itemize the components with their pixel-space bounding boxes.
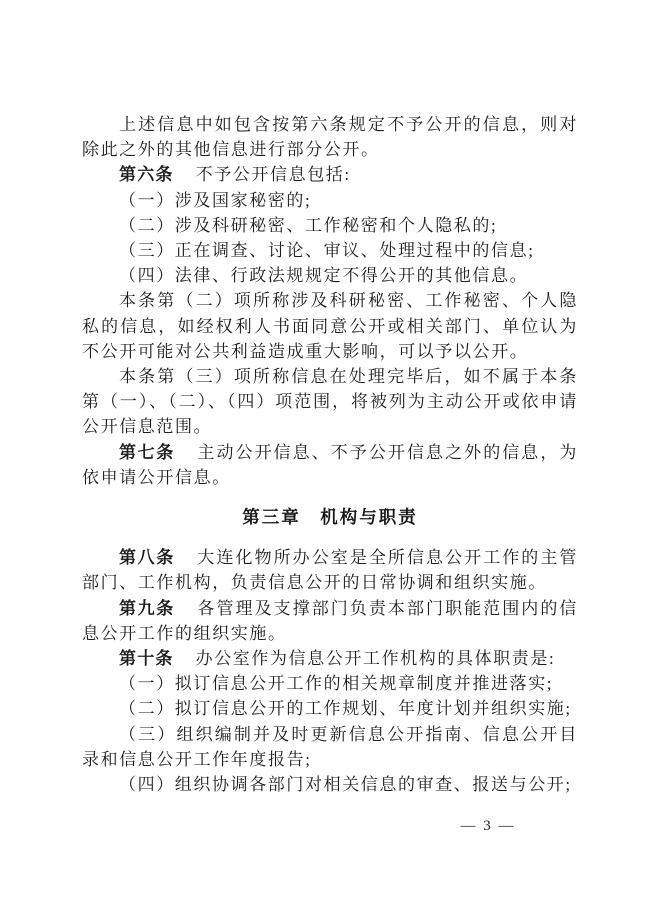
article-paragraph: 第六条不予公开信息包括:	[82, 162, 578, 187]
article-paragraph: 第九条各管理及支撑部门负责本部门职能范围内的信息公开工作的组织实施。	[82, 596, 578, 646]
paragraph: （四）法律、行政法规规定不得公开的其他信息。	[82, 263, 578, 288]
article-number: 第七条	[119, 443, 175, 462]
paragraph: （一）拟订信息公开工作的相关规章制度并推进落实;	[82, 671, 578, 696]
paragraph: （二）涉及科研秘密、工作秘密和个人隐私的;	[82, 213, 578, 238]
article-number: 第六条	[119, 165, 174, 184]
article-text: 办公室作为信息公开工作机构的具体职责是:	[196, 649, 556, 668]
page-number: — 3 —	[452, 818, 524, 835]
document-page: 上述信息中如包含按第六条规定不予公开的信息，则对除此之外的其他信息进行部分公开。…	[0, 0, 650, 919]
paragraph: 本条第（三）项所称信息在处理完毕后，如不属于本条第（一）、（二）、（四）项范围，…	[82, 364, 578, 440]
article-paragraph: 第十条办公室作为信息公开工作机构的具体职责是:	[82, 646, 578, 671]
paragraph: 上述信息中如包含按第六条规定不予公开的信息，则对除此之外的其他信息进行部分公开。	[82, 112, 578, 162]
paragraph: （四）组织协调各部门对相关信息的审查、报送与公开;	[82, 772, 578, 797]
document-body: 上述信息中如包含按第六条规定不予公开的信息，则对除此之外的其他信息进行部分公开。…	[82, 112, 578, 797]
article-text: 不予公开信息包括:	[196, 165, 351, 184]
paragraph: （三）组织编制并及时更新信息公开指南、信息公开目录和信息公开工作年度报告;	[82, 722, 578, 772]
article-paragraph: 第八条大连化物所办公室是全所信息公开工作的主管部门、工作机构，负责信息公开的日常…	[82, 545, 578, 595]
paragraph: （一）涉及国家秘密的;	[82, 188, 578, 213]
paragraph: （二）拟订信息公开的工作规划、年度计划并组织实施;	[82, 696, 578, 721]
paragraph: （三）正在调查、讨论、审议、处理过程中的信息;	[82, 238, 578, 263]
paragraph: 本条第（二）项所称涉及科研秘密、工作秘密、个人隐私的信息，如经权利人书面同意公开…	[82, 288, 578, 364]
article-number: 第九条	[119, 599, 175, 618]
chapter-heading: 第三章 机构与职责	[82, 505, 578, 530]
article-number: 第十条	[119, 649, 174, 668]
article-number: 第八条	[119, 548, 175, 567]
article-paragraph: 第七条主动公开信息、不予公开信息之外的信息，为依申请公开信息。	[82, 440, 578, 490]
